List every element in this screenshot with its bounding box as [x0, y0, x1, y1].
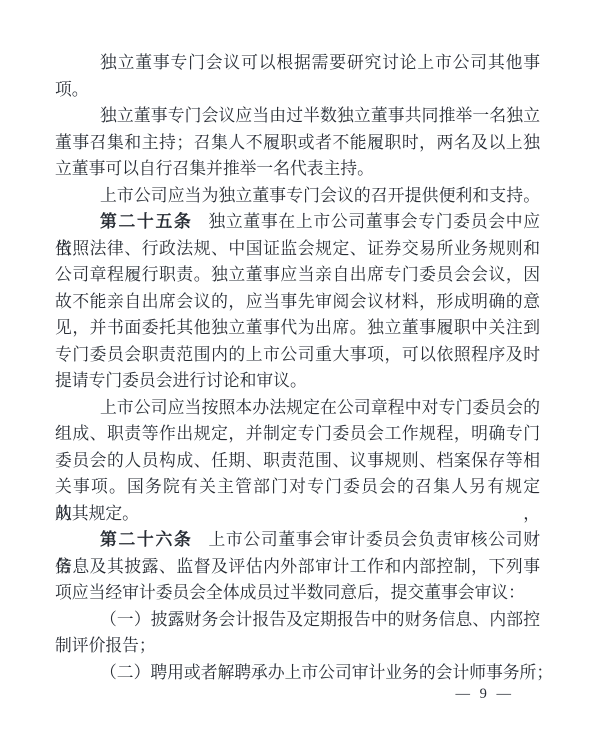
text-line: 关事项。国务院有关主管部门对专门委员会的召集人另有规定的，: [55, 474, 540, 501]
text-line: 公司章程履行职责。独立董事应当亲自出席专门委员会会议，因: [55, 262, 540, 289]
document-text-block: 独立董事专门会议可以根据需要研究讨论上市公司其他事 项。 独立董事专门会议应当由…: [55, 50, 540, 686]
text-line-item-1: （一）披露财务会计报告及定期报告中的财务信息、内部控: [55, 607, 540, 634]
article-number-label: 第二十五条: [100, 212, 192, 231]
page-number: — 9 —: [456, 686, 515, 703]
text-line-article-26: 第二十六条上市公司董事会审计委员会负责审核公司财务: [55, 527, 540, 554]
text-line-article-25: 第二十五条独立董事在上市公司董事会专门委员会中应当: [55, 209, 540, 236]
text-line: 项。: [55, 77, 540, 104]
text-line: 董事召集和主持；召集人不履职或者不能履职时，两名及以上独: [55, 130, 540, 157]
text-line: 依照法律、行政法规、中国证监会规定、证券交易所业务规则和: [55, 236, 540, 263]
text-line: 独立董事专门会议应当由过半数独立董事共同推举一名独立: [55, 103, 540, 130]
text-line: 专门委员会职责范围内的上市公司重大事项，可以依照程序及时: [55, 342, 540, 369]
text-line: 组成、职责等作出规定，并制定专门委员会工作规程，明确专门: [55, 421, 540, 448]
text-line: 故不能亲自出席会议的，应当事先审阅会议材料，形成明确的意: [55, 289, 540, 316]
text-line: 立董事可以自行召集并推举一名代表主持。: [55, 156, 540, 183]
document-page: 独立董事专门会议可以根据需要研究讨论上市公司其他事 项。 独立董事专门会议应当由…: [0, 0, 592, 747]
text-line-item-2: （二）聘用或者解聘承办上市公司审计业务的会计师事务所；: [55, 660, 540, 687]
text-line: 见，并书面委托其他独立董事代为出席。独立董事履职中关注到: [55, 315, 540, 342]
text-line: 委员会的人员构成、任期、职责范围、议事规则、档案保存等相: [55, 448, 540, 475]
text-line: 项应当经审计委员会全体成员过半数同意后，提交董事会审议：: [55, 580, 540, 607]
article-number-label: 第二十六条: [100, 530, 192, 549]
text-line: 上市公司应当按照本办法规定在公司章程中对专门委员会的: [55, 395, 540, 422]
text-line: 独立董事专门会议可以根据需要研究讨论上市公司其他事: [55, 50, 540, 77]
text-line: 制评价报告；: [55, 633, 540, 660]
text-line: 上市公司应当为独立董事专门会议的召开提供便利和支持。: [55, 183, 540, 210]
text-line: 提请专门委员会进行讨论和审议。: [55, 368, 540, 395]
text-line: 信息及其披露、监督及评估内外部审计工作和内部控制，下列事: [55, 554, 540, 581]
